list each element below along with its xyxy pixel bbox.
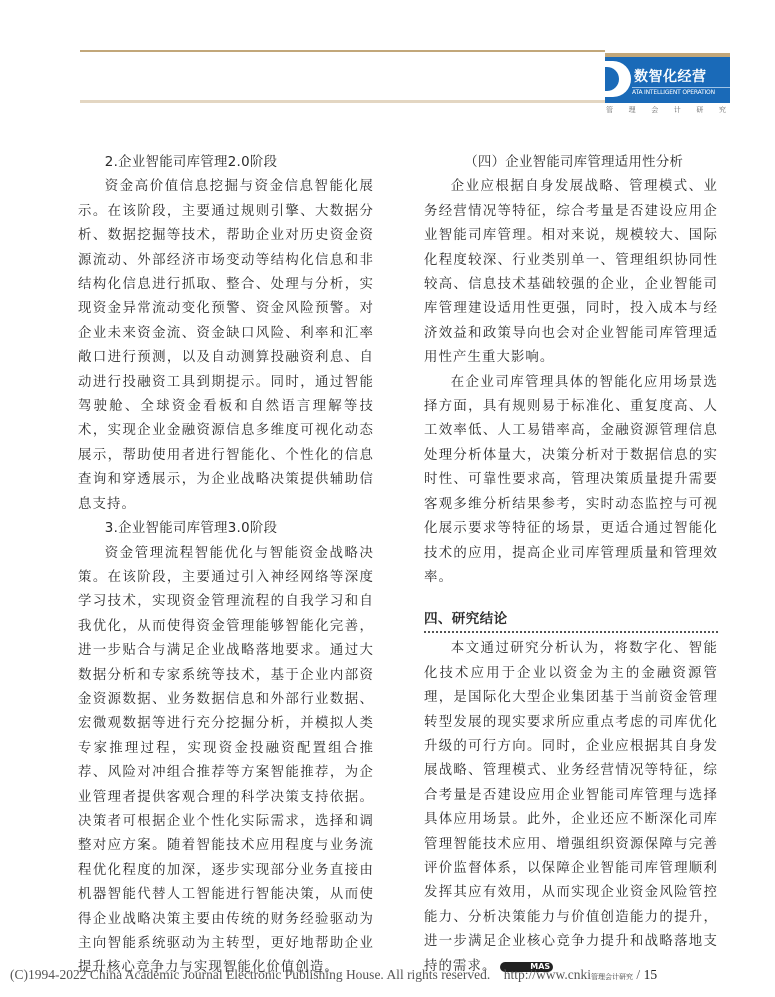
section-heading-2-0: 2.企业智能司库管理2.0阶段	[78, 151, 374, 175]
logo-subtitle-char: 会	[651, 105, 658, 115]
header-rule-top	[80, 50, 605, 52]
right-column: （四）企业智能司库管理适用性分析 企业应根据自身发展战略、管理模式、业务经营情况…	[424, 151, 718, 979]
section-heading-3-0: 3.企业智能司库管理3.0阶段	[78, 517, 374, 541]
footer-separator: /	[636, 967, 640, 982]
logo-subtitle-char: 计	[674, 105, 681, 115]
logo-subtitle-char: 理	[629, 105, 636, 115]
conclusion-heading: 四、研究结论	[424, 607, 718, 631]
conclusion-dotted-divider	[424, 631, 718, 633]
applicability-paragraph-2: 在企业司库管理具体的智能化应用场景选择方面，具有规则易于标准化、重复度高、人工效…	[424, 371, 718, 591]
section-heading-applicability: （四）企业智能司库管理适用性分析	[424, 151, 718, 175]
conclusion-body: 本文通过研究分析认为，将数字化、智能化技术应用于企业以资金为主的金融资源管理，是…	[424, 637, 718, 979]
section-2-0-body: 资金高价值信息挖掘与资金信息智能化展示。在该阶段，主要通过规则引擎、大数据分析、…	[78, 175, 374, 517]
logo-title-cn: 数智化经营	[634, 66, 707, 86]
footer-url[interactable]: http://www.cnki	[504, 967, 591, 982]
logo-divider	[632, 87, 730, 88]
footer-journal-name: 管理会计研究	[591, 973, 633, 981]
section-3-0-body: 资金管理流程智能优化与智能资金战略决策。在该阶段，主要通过引入神经网络等深度学习…	[78, 542, 374, 981]
logo-subtitle-char: 研	[696, 105, 703, 115]
copyright-text: (C)1994-2022 China Academic Journal Elec…	[10, 967, 490, 982]
left-column: 2.企业智能司库管理2.0阶段 资金高价值信息挖掘与资金信息智能化展示。在该阶段…	[78, 151, 374, 981]
page-number: 15	[644, 967, 658, 982]
header-rule-bottom	[80, 100, 605, 103]
conclusion-text: 本文通过研究分析认为，将数字化、智能化技术应用于企业以资金为主的金融资源管理，是…	[424, 641, 718, 973]
logo-title-en: ATA INTELLIGENT OPERATION	[632, 89, 715, 96]
footer: (C)1994-2022 China Academic Journal Elec…	[10, 967, 657, 983]
logo-subtitle-char: 究	[719, 105, 726, 115]
logo-subtitle-char: 管	[606, 105, 613, 115]
logo-subtitle: 管 理 会 计 研 究	[606, 105, 726, 115]
column-logo: 数智化经营 ATA INTELLIGENT OPERATION	[605, 53, 730, 103]
applicability-paragraph-1: 企业应根据自身发展战略、管理模式、业务经营情况等特征，综合考量是否建设应用企业智…	[424, 175, 718, 370]
